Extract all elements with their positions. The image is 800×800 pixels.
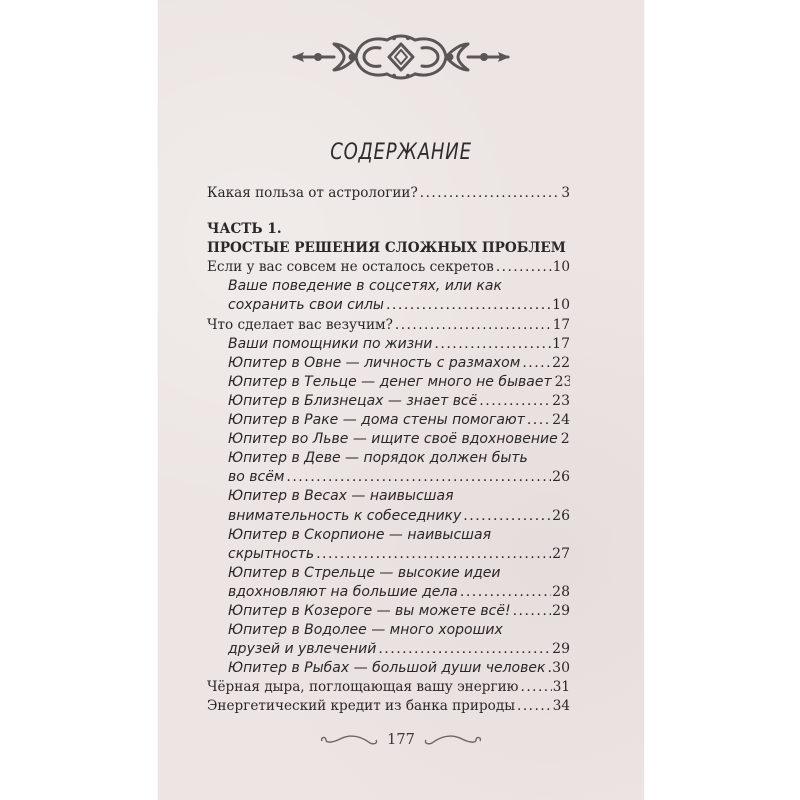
page-number-footer: 177	[158, 732, 644, 748]
page-number: 177	[387, 732, 415, 748]
toc-entry-title: Если у вас совсем не осталось секретов	[207, 258, 494, 277]
toc-entry-page-number: 10	[553, 258, 570, 277]
toc-entry: Ваше поведение в соцсетях, или как	[207, 277, 570, 296]
toc-entry: ПРОСТЫЕ РЕШЕНИЯ СЛОЖНЫХ ПРОБЛЕМ10	[207, 239, 570, 258]
toc-entry-page-number: 23	[555, 373, 570, 392]
toc-entry: Ваши помощники по жизни17	[207, 335, 570, 354]
decorative-header-ornament-icon	[290, 30, 512, 82]
dot-leader	[378, 640, 551, 659]
toc-entry-title: Юпитер в Близнецах — знает всё	[228, 392, 477, 411]
toc-entry-title: во всём	[228, 468, 284, 487]
toc-entry-title: скрытность	[228, 545, 314, 564]
toc-entry-page-number: 30	[552, 659, 570, 678]
toc-entry: во всём26	[207, 468, 570, 487]
toc-entry-page-number: 29	[552, 640, 570, 659]
toc-entry: вдохновляют на большие дела28	[207, 583, 570, 602]
toc-entry: Что сделает вас везучим?17	[207, 316, 570, 335]
toc-entry-page-number: 26	[552, 507, 570, 526]
toc-entry-title: Юпитер в Деве — порядок должен быть	[228, 449, 528, 468]
toc-entry-page-number: 27	[552, 545, 570, 564]
dot-leader	[420, 184, 561, 203]
toc-entry-title: Юпитер в Весах — наивысшая	[228, 487, 454, 506]
table-of-contents: Какая польза от астрологии?3ЧАСТЬ 1.ПРОС…	[207, 184, 570, 717]
toc-entry-title: Юпитер в Скорпионе — наивысшая	[228, 526, 491, 545]
toc-entry-page-number: 10	[552, 296, 570, 315]
dot-leader	[527, 411, 551, 430]
toc-entry: Юпитер в Овне — личность с размахом22	[207, 354, 570, 373]
toc-entry-title: вдохновляют на большие дела	[228, 583, 458, 602]
toc-entry: Юпитер в Стрельце — высокие идеи	[207, 564, 570, 583]
toc-entry-page-number: 34	[553, 697, 570, 716]
toc-entry-title: Юпитер в Козероге — вы можете всё!	[228, 602, 511, 621]
toc-entry-title: Какая польза от астрологии?	[207, 184, 418, 203]
toc-entry-page-number: 17	[552, 335, 570, 354]
dot-leader	[395, 316, 552, 335]
page-title: СОДЕРЖАНИЕ	[202, 140, 601, 165]
toc-entry-title: Энергетический кредит из банка природы	[207, 697, 515, 716]
toc-entry-page-number: 3	[561, 184, 570, 203]
toc-entry: ЧАСТЬ 1.	[207, 220, 570, 239]
dot-leader	[496, 258, 552, 277]
toc-entry-page-number: 26	[552, 468, 570, 487]
toc-entry: Юпитер в Весах — наивысшая	[207, 487, 570, 506]
toc-entry: Юпитер в Водолее — много хороших	[207, 621, 570, 640]
toc-entry: Чёрная дыра, поглощающая вашу энергию31	[207, 678, 570, 697]
dot-leader	[434, 335, 551, 354]
toc-entry: Юпитер в Рыбах — большой души человек30	[207, 659, 570, 678]
toc-entry: Какая польза от астрологии?3	[207, 184, 570, 203]
toc-entry-title: внимательность к собеседнику	[228, 507, 461, 526]
toc-entry: Юпитер в Скорпионе — наивысшая	[207, 526, 570, 545]
toc-entry-title: Юпитер в Овне — личность с размахом	[228, 354, 520, 373]
toc-entry-title: Юпитер в Рыбах — большой души человек	[228, 659, 545, 678]
toc-entry-page-number: 17	[553, 316, 570, 335]
dot-leader	[286, 468, 551, 487]
toc-entry-title: друзей и увлечений	[228, 640, 376, 659]
dot-leader	[513, 602, 552, 621]
toc-entry: скрытность27	[207, 545, 570, 564]
toc-entry-title: Чёрная дыра, поглощающая вашу энергию	[207, 678, 519, 697]
toc-entry-title: Ваше поведение в соцсетях, или как	[228, 277, 502, 296]
dot-leader	[463, 507, 551, 526]
toc-entry: Юпитер в Деве — порядок должен быть	[207, 449, 570, 468]
toc-entry-title: Юпитер в Раке — дома стены помогают	[228, 411, 525, 430]
dot-leader	[547, 659, 551, 678]
toc-entry: внимательность к собеседнику26	[207, 507, 570, 526]
toc-entry-page-number: 25	[561, 430, 570, 449]
toc-entry: Юпитер в Козероге — вы можете всё!29	[207, 602, 570, 621]
toc-entry-page-number: 28	[552, 583, 570, 602]
toc-entry-page-number: 24	[552, 411, 570, 430]
toc-entry-page-number: 31	[553, 678, 570, 697]
dot-leader	[479, 392, 551, 411]
right-swirl-ornament-icon	[422, 733, 484, 747]
toc-entry: Если у вас совсем не осталось секретов10	[207, 258, 570, 277]
book-page: СОДЕРЖАНИЕ Какая польза от астрологии?3Ч…	[158, 0, 644, 800]
toc-entry-title: Что сделает вас везучим?	[207, 316, 393, 335]
dot-leader	[517, 697, 552, 716]
left-swirl-ornament-icon	[318, 733, 380, 747]
toc-entry: Энергетический кредит из банка природы34	[207, 697, 570, 716]
toc-entry-title: Юпитер в Водолее — много хороших	[228, 621, 503, 640]
toc-entry-title: Юпитер в Стрельце — высокие идеи	[228, 564, 501, 583]
toc-entry-page-number: 22	[552, 354, 570, 373]
dot-leader	[386, 296, 551, 315]
dot-leader	[522, 354, 551, 373]
toc-entry-title: Ваши помощники по жизни	[228, 335, 432, 354]
dot-leader	[460, 583, 551, 602]
toc-entry-page-number: 23	[552, 392, 570, 411]
toc-entry-title: ЧАСТЬ 1.	[207, 220, 282, 239]
toc-entry: Юпитер в Близнецах — знает всё23	[207, 392, 570, 411]
toc-entry: Юпитер в Тельце — денег много не бывает2…	[207, 373, 570, 392]
toc-entry-page-number: 29	[552, 602, 570, 621]
toc-entry: Юпитер в Раке — дома стены помогают24	[207, 411, 570, 430]
toc-entry: сохранить свои силы10	[207, 296, 570, 315]
toc-entry: Юпитер во Льве — ищите своё вдохновение2…	[207, 430, 570, 449]
toc-entry-page-number: 10	[569, 239, 570, 258]
toc-entry-title: Юпитер во Льве — ищите своё вдохновение	[228, 430, 558, 449]
dot-leader	[521, 678, 552, 697]
toc-entry-title: ПРОСТЫЕ РЕШЕНИЯ СЛОЖНЫХ ПРОБЛЕМ	[207, 239, 566, 258]
dot-leader	[316, 545, 551, 564]
toc-entry-title: Юпитер в Тельце — денег много не бывает	[228, 373, 552, 392]
toc-entry: друзей и увлечений29	[207, 640, 570, 659]
toc-entry-title: сохранить свои силы	[228, 296, 384, 315]
